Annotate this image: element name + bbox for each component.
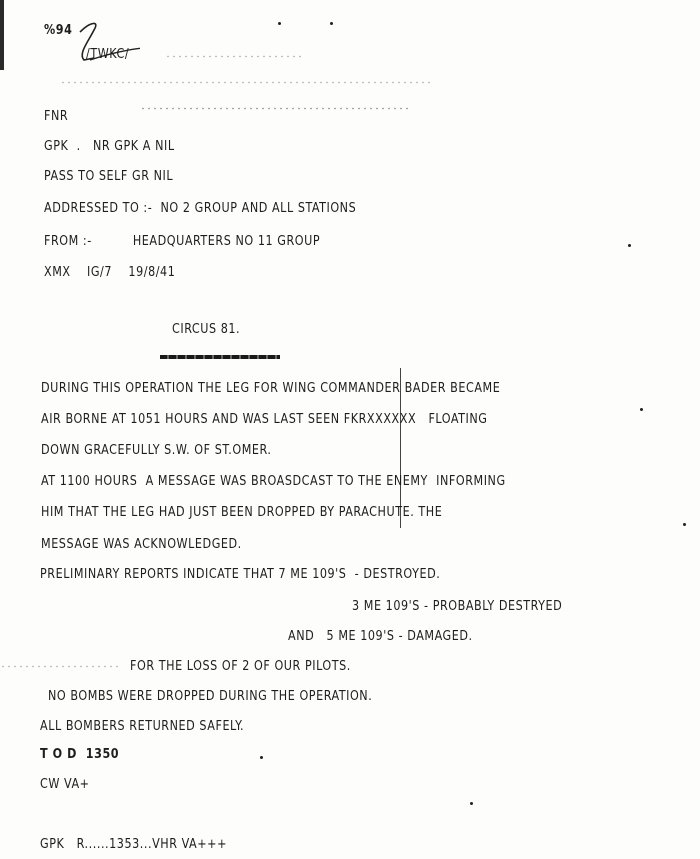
- reference-number: %94: [44, 22, 72, 38]
- body-line: PRELIMINARY REPORTS INDICATE THAT 7 ME 1…: [40, 566, 440, 582]
- title-underline: [160, 355, 280, 359]
- body-line: ALL BOMBERS RETURNED SAFELY.: [40, 718, 244, 734]
- body-line: DURING THIS OPERATION THE LEG FOR WING C…: [41, 380, 500, 396]
- scan-speck: [278, 22, 281, 25]
- scan-speck: [470, 802, 473, 805]
- handwritten-code: /TWKC/: [86, 46, 129, 62]
- body-line: AND 5 ME 109'S - DAMAGED.: [288, 628, 473, 644]
- faded-text-noise: [0, 664, 120, 670]
- body-line: HIM THAT THE LEG HAD JUST BEEN DROPPED B…: [41, 504, 442, 520]
- footer-tod: T O D 1350: [40, 746, 119, 762]
- body-line: 3 ME 109'S - PROBABLY DESTRYED: [352, 598, 562, 614]
- scan-speck: [330, 22, 333, 25]
- header-fnr: FNR: [44, 108, 68, 124]
- faded-text-noise: [140, 106, 410, 112]
- scan-speck: [260, 756, 263, 759]
- header-from: FROM :- HEADQUARTERS NO 11 GROUP: [44, 233, 320, 249]
- header-reference: XMX IG/7 19/8/41: [44, 264, 175, 280]
- scan-speck: [683, 523, 686, 526]
- header-pass-to: PASS TO SELF GR NIL: [44, 168, 173, 184]
- scan-speck: [640, 408, 643, 411]
- footer-gpk: GPK R......1353...VHR VA+++: [40, 836, 227, 852]
- body-line: FOR THE LOSS OF 2 OF OUR PILOTS.: [130, 658, 351, 674]
- header-gpk: GPK . NR GPK A NIL: [44, 138, 175, 154]
- message-title: CIRCUS 81.: [172, 321, 240, 337]
- body-line: AIR BORNE AT 1051 HOURS AND WAS LAST SEE…: [41, 411, 487, 427]
- faded-text-noise: [165, 54, 305, 60]
- scanned-document: %94 /TWKC/ FNR GPK . NR GPK A NIL PASS T…: [0, 0, 700, 859]
- header-addressed-to: ADDRESSED TO :- NO 2 GROUP AND ALL STATI…: [44, 200, 356, 216]
- scan-speck: [628, 244, 631, 247]
- body-line: AT 1100 HOURS A MESSAGE WAS BROASDCAST T…: [41, 473, 506, 489]
- footer-cw: CW VA+: [40, 776, 90, 792]
- body-line: NO BOMBS WERE DROPPED DURING THE OPERATI…: [48, 688, 372, 704]
- scan-edge-artifact: [0, 0, 4, 70]
- body-line: DOWN GRACEFULLY S.W. OF ST.OMER.: [41, 442, 271, 458]
- body-line: MESSAGE WAS ACKNOWLEDGED.: [41, 536, 242, 552]
- faded-text-noise: [60, 80, 430, 86]
